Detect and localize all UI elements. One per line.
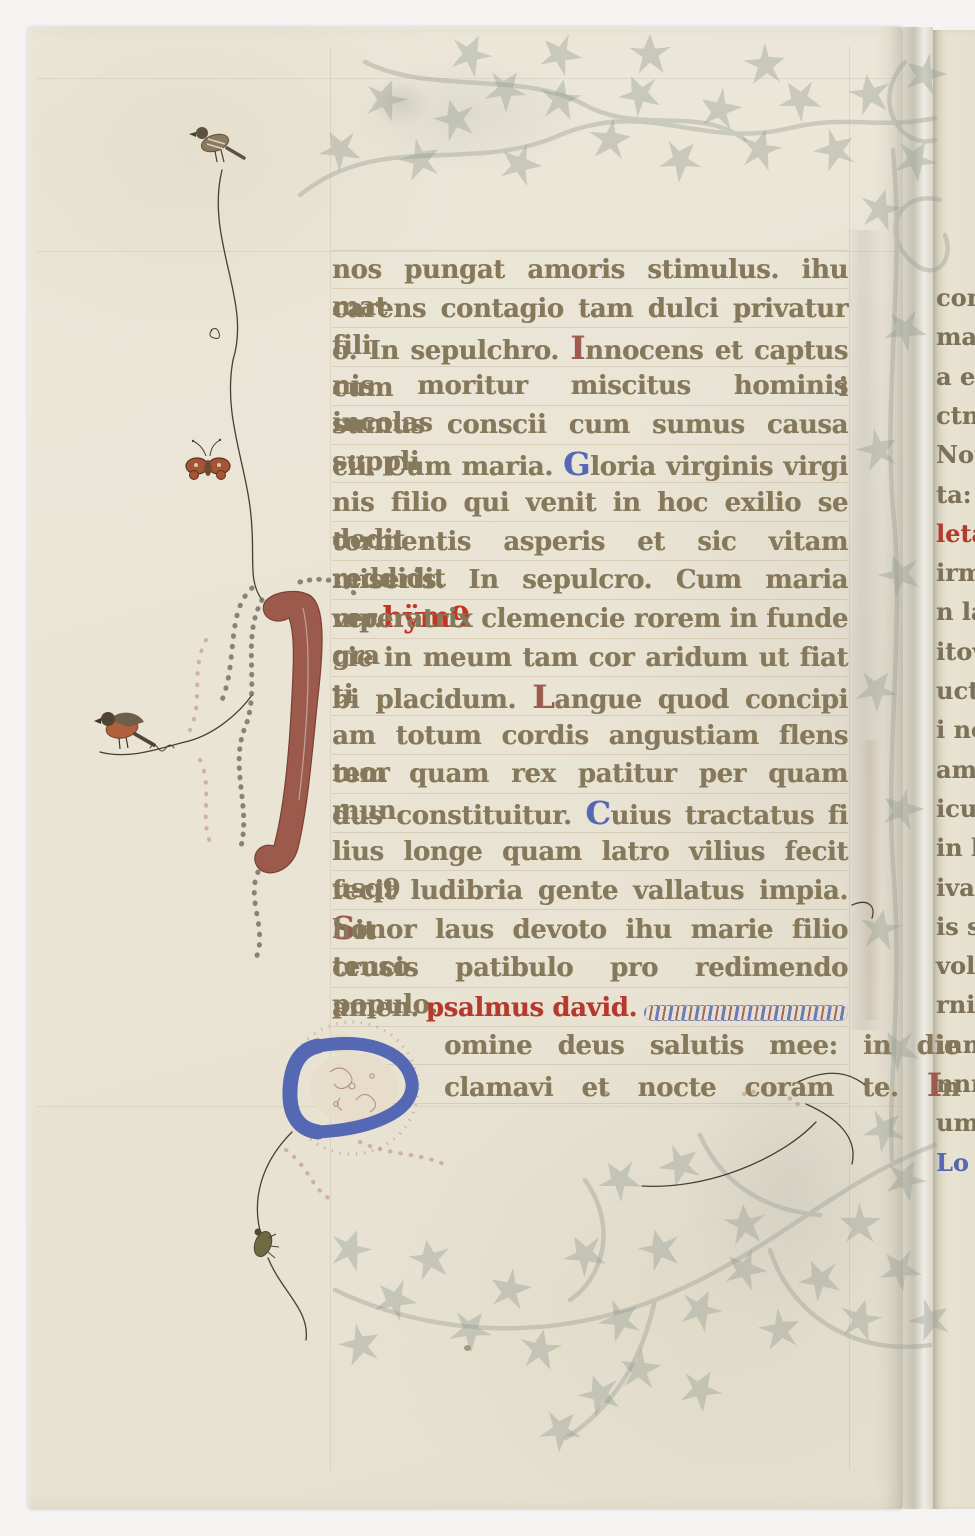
- ruling-line-vertical: [849, 46, 850, 1470]
- text-line: lius longe quam latro vilius fecit usq9: [332, 834, 848, 873]
- recto-fragment: conqua: [936, 280, 975, 316]
- text-segment: cii. Cum maria.: [332, 452, 563, 482]
- text-segment: uius tractatus fi: [610, 801, 848, 831]
- illuminated-initial: L: [532, 678, 554, 716]
- text-line: o. In sepulchro. Innocens et captus cum …: [332, 330, 848, 369]
- text-line: nis moritur miscitus hominis incolas: [332, 368, 848, 407]
- recto-fragment: mam a: [936, 319, 975, 355]
- text-line: carens contagio tam dulci privatur fili: [332, 291, 848, 330]
- recto-fragment: letanie.: [936, 516, 975, 552]
- recto-text-fragments: conquamam aa est malctno efNoteruta: i s…: [933, 250, 975, 1450]
- recto-fragment: is stevi: [936, 909, 975, 945]
- text-segment: amen.: [332, 990, 419, 1027]
- recto-fragment: a est mal: [936, 359, 975, 395]
- recto-fragment: itowo i: [936, 634, 975, 670]
- text-segment: angue quod concipi: [554, 685, 848, 715]
- text-line: nos pungat amoris stimulus. ihu mat: [332, 252, 848, 291]
- text-line: crucis patibulo pro redimendo populo.: [332, 950, 848, 989]
- illuminated-initial: I: [570, 329, 585, 367]
- text-segment: clamavi et nocte coram te.: [444, 1073, 927, 1103]
- text-segment: psalmus david.: [426, 990, 637, 1027]
- recto-fragment: Noteru: [936, 437, 975, 473]
- text-line: cii. Cum maria. Gloria virginis virgi: [332, 446, 848, 485]
- recto-fragment: in lacu: [936, 830, 975, 866]
- recto-fragment: uma: [936, 1105, 975, 1141]
- text-line: miseris. In sepulcro. Cum maria ver.hÿm9: [332, 562, 848, 601]
- text-segment: loria virginis virgi: [590, 452, 848, 482]
- text-line: amen. psalmus david.: [332, 989, 848, 1028]
- text-segment: dus constituitur.: [332, 801, 585, 831]
- ruling-line: [332, 250, 848, 251]
- text-line: omine deus salutis mee: in die: [332, 1028, 960, 1067]
- text-segment: o. In sepulchro.: [332, 336, 570, 366]
- text-line: dus constituitur. Cuius tractatus fi: [332, 795, 848, 834]
- text-line: cie in meum tam cor aridum ut fiat ti: [332, 640, 848, 679]
- text-line: honor laus devoto ihu marie filio tenso: [332, 912, 848, 951]
- text-line: am totum cordis angustiam flens mor: [332, 718, 848, 757]
- recto-fragment: ctno ef: [936, 398, 975, 434]
- manuscript-photo: conquamam aa est malctno efNoteruta: i s…: [0, 0, 975, 1536]
- illuminated-initial: C: [585, 794, 610, 832]
- recto-fragment: ama n: [936, 752, 975, 788]
- illuminated-initial: I: [927, 1066, 942, 1104]
- text-segment: omine deus salutis mee: in die: [444, 1031, 960, 1061]
- recto-fragment: icun u: [936, 791, 975, 827]
- text-line: clamavi et nocte coram te. In: [332, 1067, 960, 1106]
- line-filler-ornament: [644, 1005, 848, 1021]
- text-line: mperatrix clemencie rorem in funde gra: [332, 601, 848, 640]
- text-line: bi placidum. Langue quod concipi: [332, 679, 848, 718]
- recto-fragment: uctati d: [936, 673, 975, 709]
- text-line: tormentis asperis et sic vitam reddidit: [332, 524, 848, 563]
- recto-fragment: iva n: [936, 870, 975, 906]
- recto-page-strip: conquamam aa est malctno efNoteruta: i s…: [933, 30, 975, 1509]
- text-line: fecit ludibria gente vallatus impia. Sit: [332, 873, 848, 912]
- ruling-line-extended: [36, 78, 902, 79]
- text-line: tem quam rex patitur per quam mun: [332, 756, 848, 795]
- recto-fragment: rnic: [936, 987, 975, 1023]
- recto-fragment: irmani: [936, 555, 975, 591]
- text-segment: bi placidum.: [332, 685, 532, 715]
- recto-fragment: Lo: [936, 1145, 969, 1181]
- text-line: sumus conscii cum sumus causa suppli: [332, 407, 848, 446]
- text-line: nis filio qui venit in hoc exilio se ded…: [332, 485, 848, 524]
- recto-fragment: ta: i sop: [936, 477, 975, 513]
- ruling-line-vertical: [330, 46, 331, 1470]
- text-segment: fecit ludibria gente vallatus impia.: [332, 876, 848, 906]
- recto-fragment: i non c: [936, 712, 975, 748]
- illuminated-initial: G: [563, 445, 590, 483]
- recto-fragment: n lacu: [936, 594, 975, 630]
- text-block: nos pungat amoris stimulus. ihu matcaren…: [332, 252, 848, 1112]
- page-gutter: [903, 27, 933, 1509]
- text-segment: n: [941, 1073, 960, 1103]
- recto-fragment: volos c: [936, 948, 975, 984]
